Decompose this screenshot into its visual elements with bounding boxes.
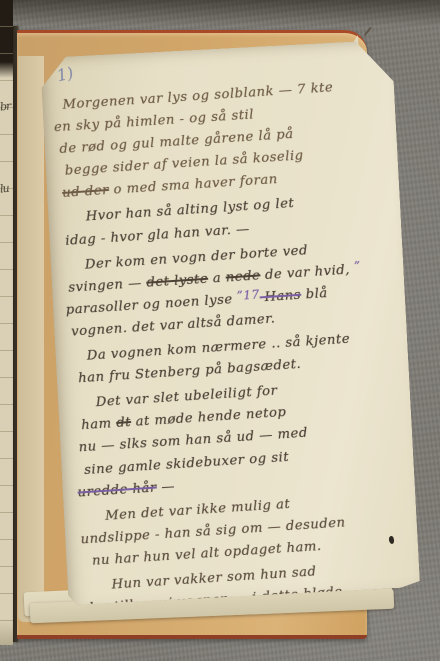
struck-text: nede [225, 268, 260, 285]
handwritten-text: a [208, 270, 227, 286]
manuscript-paragraph: Morgenen var lys og solblank — 7 kteen s… [52, 77, 396, 209]
page-edges-band [18, 56, 44, 622]
handwritten-text: svingen — [68, 275, 147, 295]
manuscript-page: 1) Morgenen var lys og solblank — 7 ktee… [40, 40, 420, 606]
left-page-edge: brlu [0, 0, 13, 645]
margin-writing-fragment: lu [0, 181, 14, 195]
pen-mark [364, 26, 378, 40]
margin-writing-fragment: br [0, 99, 14, 113]
struck-text: dt [116, 415, 132, 431]
handwritten-text: ”17 [232, 287, 260, 303]
struck-text: det lyste [146, 271, 209, 290]
handwritten-text: blå [301, 286, 329, 303]
handwritten-text: ” [349, 259, 361, 274]
struck-text: ud der [62, 183, 110, 201]
manuscript-paragraph: Det var slet ubeleiligt forham dt at mød… [71, 375, 415, 507]
photo-background: brlu 1) Morgenen var lys og solblank — 7… [0, 0, 440, 661]
manuscript: Morgenen var lys og solblank — 7 kteen s… [52, 77, 423, 627]
handwritten-text: ham [81, 416, 117, 433]
handwritten-text: — [156, 479, 175, 495]
struck-text: Hans [259, 288, 301, 306]
